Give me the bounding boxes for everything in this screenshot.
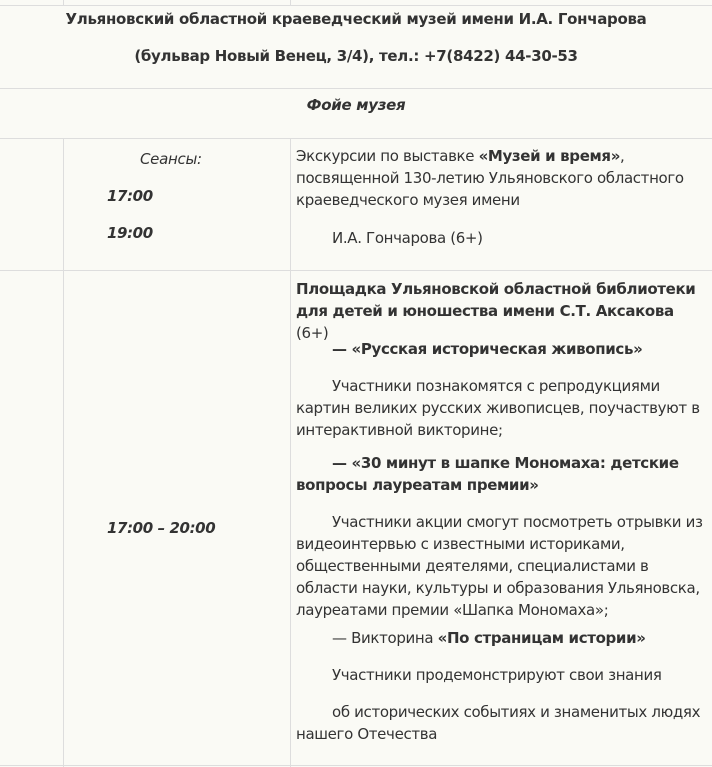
excursion-text-cont: И.А. Гончарова (6+)	[296, 227, 708, 249]
row-divider	[0, 765, 712, 766]
row-divider	[0, 270, 712, 271]
program-item-text: Участники познакомятся с репродукциями к…	[296, 375, 708, 441]
venue: Площадка Ульяновской областной библиотек…	[296, 278, 708, 344]
program-item-text: об исторических событиях и знаменитых лю…	[296, 701, 708, 745]
column-divider	[290, 138, 291, 767]
row-divider	[0, 138, 712, 139]
exhibition-title: «Музей и время»	[479, 147, 620, 165]
program-item-text: Участники акции смогут посмотреть отрывк…	[296, 511, 708, 621]
session-time: 17:00	[107, 187, 153, 205]
column-divider	[63, 138, 64, 767]
excursion-text: Экскурсии по выставке «Музей и время», п…	[296, 145, 708, 211]
row-divider	[0, 88, 712, 89]
time-range: 17:00 – 20:00	[107, 519, 215, 537]
program-item-title: — Викторина «По страницам истории»	[296, 627, 708, 649]
program-item-title: — «30 минут в шапке Мономаха: детские во…	[296, 452, 708, 496]
program-item-title: — «Русская историческая живопись»	[296, 338, 708, 360]
sessions-label: Сеансы:	[140, 150, 202, 168]
location-label: Фойе музея	[0, 96, 712, 114]
program-item-text: Участники продемонстрируют свои знания	[296, 664, 708, 686]
museum-name: Ульяновский областной краеведческий музе…	[0, 10, 712, 28]
museum-address: (бульвар Новый Венец, 3/4), тел.: +7(842…	[0, 47, 712, 65]
museum-header: Ульяновский областной краеведческий музе…	[0, 6, 712, 88]
session-time: 19:00	[107, 224, 153, 242]
